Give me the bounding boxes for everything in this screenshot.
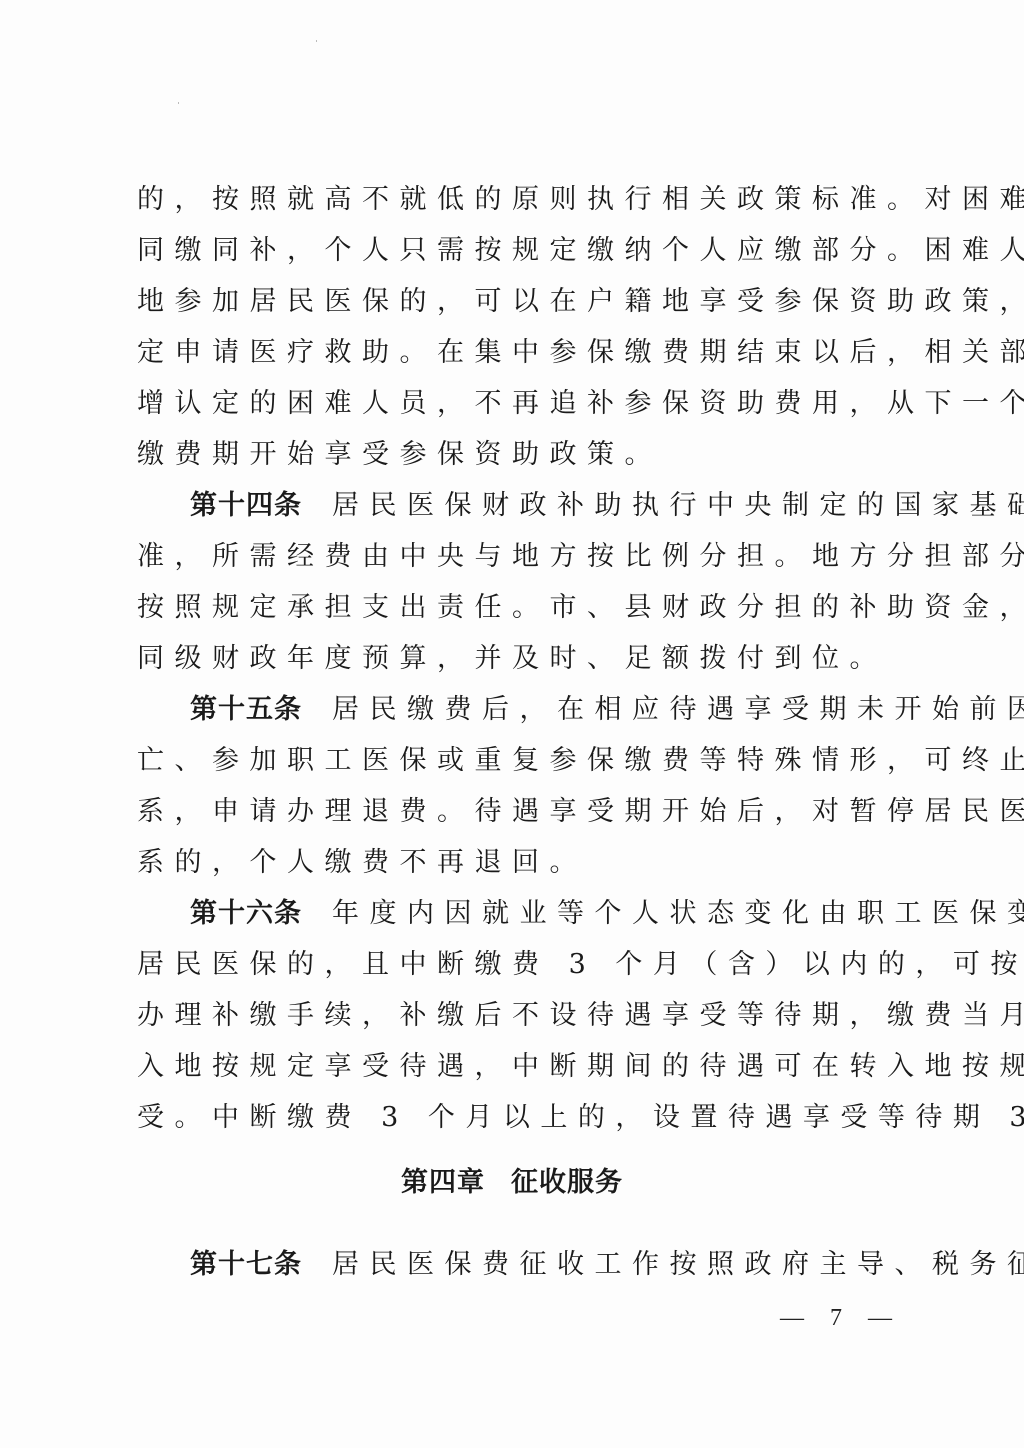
text-line: 同级财政年度预算，并及时、足额拨付到位。 — [137, 639, 897, 679]
text-line: 亡、参加职工医保或重复参保缴费等特殊情形，可终止参保关 — [137, 741, 897, 781]
text-line: 缴费期开始享受参保资助政策。 — [137, 435, 897, 475]
text-line: 的，按照就高不就低的原则执行相关政策标准。对困难人员实行 — [137, 180, 897, 220]
text-line: 居民缴费后，在相应待遇享受期未开始前因死 — [332, 694, 1024, 725]
document-page: 的，按照就高不就低的原则执行相关政策标准。对困难人员实行 同缴同补，个人只需按规… — [0, 0, 1024, 1448]
chapter-title: 征收服务 — [511, 1167, 623, 1198]
chapter-heading: 第四章征收服务 — [0, 1163, 1024, 1203]
chapter-number: 第四章 — [401, 1167, 485, 1198]
text-line: 增认定的困难人员，不再追补参保资助费用，从下一个集中参保 — [137, 384, 897, 424]
article-number: 第十四条 — [190, 490, 302, 521]
page-number: — 7 — — [780, 1300, 902, 1336]
text-line: 办理补缴手续，补缴后不设待遇享受等待期，缴费当月即可在转 — [137, 996, 897, 1036]
text-line: 系，申请办理退费。待遇享受期开始后，对暂停居民医保参保关 — [137, 792, 897, 832]
scan-speck — [178, 102, 179, 104]
article-16-first-line: 第十六条年度内因就业等个人状态变化由职工医保变更为 — [190, 894, 900, 934]
text-line: 系的，个人缴费不再退回。 — [137, 843, 897, 883]
text-line: 居民医保财政补助执行中央制定的国家基础标 — [332, 490, 1024, 521]
text-line: 地参加居民医保的，可以在户籍地享受参保资助政策，并可按规 — [137, 282, 897, 322]
article-number: 第十七条 — [190, 1249, 302, 1280]
article-14-first-line: 第十四条居民医保财政补助执行中央制定的国家基础标 — [190, 486, 900, 526]
article-17-first-line: 第十七条居民医保费征收工作按照政府主导、税务征收、 — [190, 1245, 900, 1285]
text-line: 居民医保的，且中断缴费 3 个月（含）以内的，可按转入地规定 — [137, 945, 897, 985]
text-line: 入地按规定享受待遇，中断期间的待遇可在转入地按规定追溯享 — [137, 1047, 897, 1087]
article-15-first-line: 第十五条居民缴费后，在相应待遇享受期未开始前因死 — [190, 690, 900, 730]
text-line: 居民医保费征收工作按照政府主导、税务征收、 — [332, 1249, 1024, 1280]
text-line: 准，所需经费由中央与地方按比例分担。地方分担部分，省财政 — [137, 537, 897, 577]
scan-speck — [316, 40, 317, 42]
article-number: 第十六条 — [190, 898, 302, 929]
text-line: 按照规定承担支出责任。市、县财政分担的补助资金，应当纳入 — [137, 588, 897, 628]
article-number: 第十五条 — [190, 694, 302, 725]
text-line: 定申请医疗救助。在集中参保缴费期结束以后，相关部门动态新 — [137, 333, 897, 373]
text-line: 受。中断缴费 3 个月以上的，设置待遇享受等待期 30 天。 — [137, 1098, 897, 1138]
text-line: 年度内因就业等个人状态变化由职工医保变更为 — [332, 898, 1024, 929]
text-line: 同缴同补，个人只需按规定缴纳个人应缴部分。困难人员已在异 — [137, 231, 897, 271]
